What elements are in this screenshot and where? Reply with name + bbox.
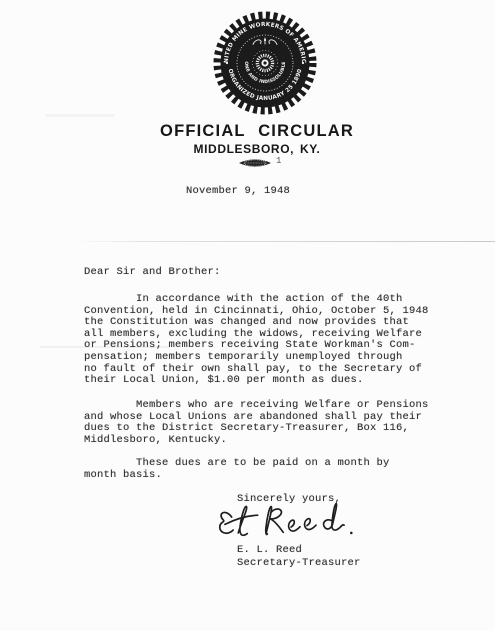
handwritten-signature (215, 499, 369, 550)
letter-paragraph-2: Members who are receiving Welfare or Pen… (84, 400, 429, 446)
umwa-seal: UNITED MINE WORKERS OF AMERICA ORGANIZED… (213, 11, 317, 115)
signature-typed-name: E. L. Reed (237, 545, 302, 557)
seal-separator-dot-left (226, 62, 228, 64)
bug-number: 1 (276, 156, 281, 166)
signature-typed-title: Secretary-Treasurer (237, 558, 361, 570)
page-title: OFFICIAL CIRCULAR (160, 122, 354, 141)
letter-paragraph-1: In accordance with the action of the 40t… (84, 294, 429, 387)
scanned-letter-page: UNITED MINE WORKERS OF AMERICA ORGANIZED… (0, 0, 495, 631)
letter-date: November 9, 1948 (186, 186, 290, 198)
scan-smudge (45, 114, 115, 117)
page-subtitle: MIDDLESBORO, KY. (194, 142, 321, 156)
union-bug-icon (236, 156, 280, 170)
paper-fold-line (72, 241, 495, 242)
letter-paragraph-3: These dues are to be paid on a month by … (84, 458, 390, 481)
letter-salutation: Dear Sir and Brother: (84, 267, 221, 279)
seal-separator-dot-right (302, 62, 304, 64)
